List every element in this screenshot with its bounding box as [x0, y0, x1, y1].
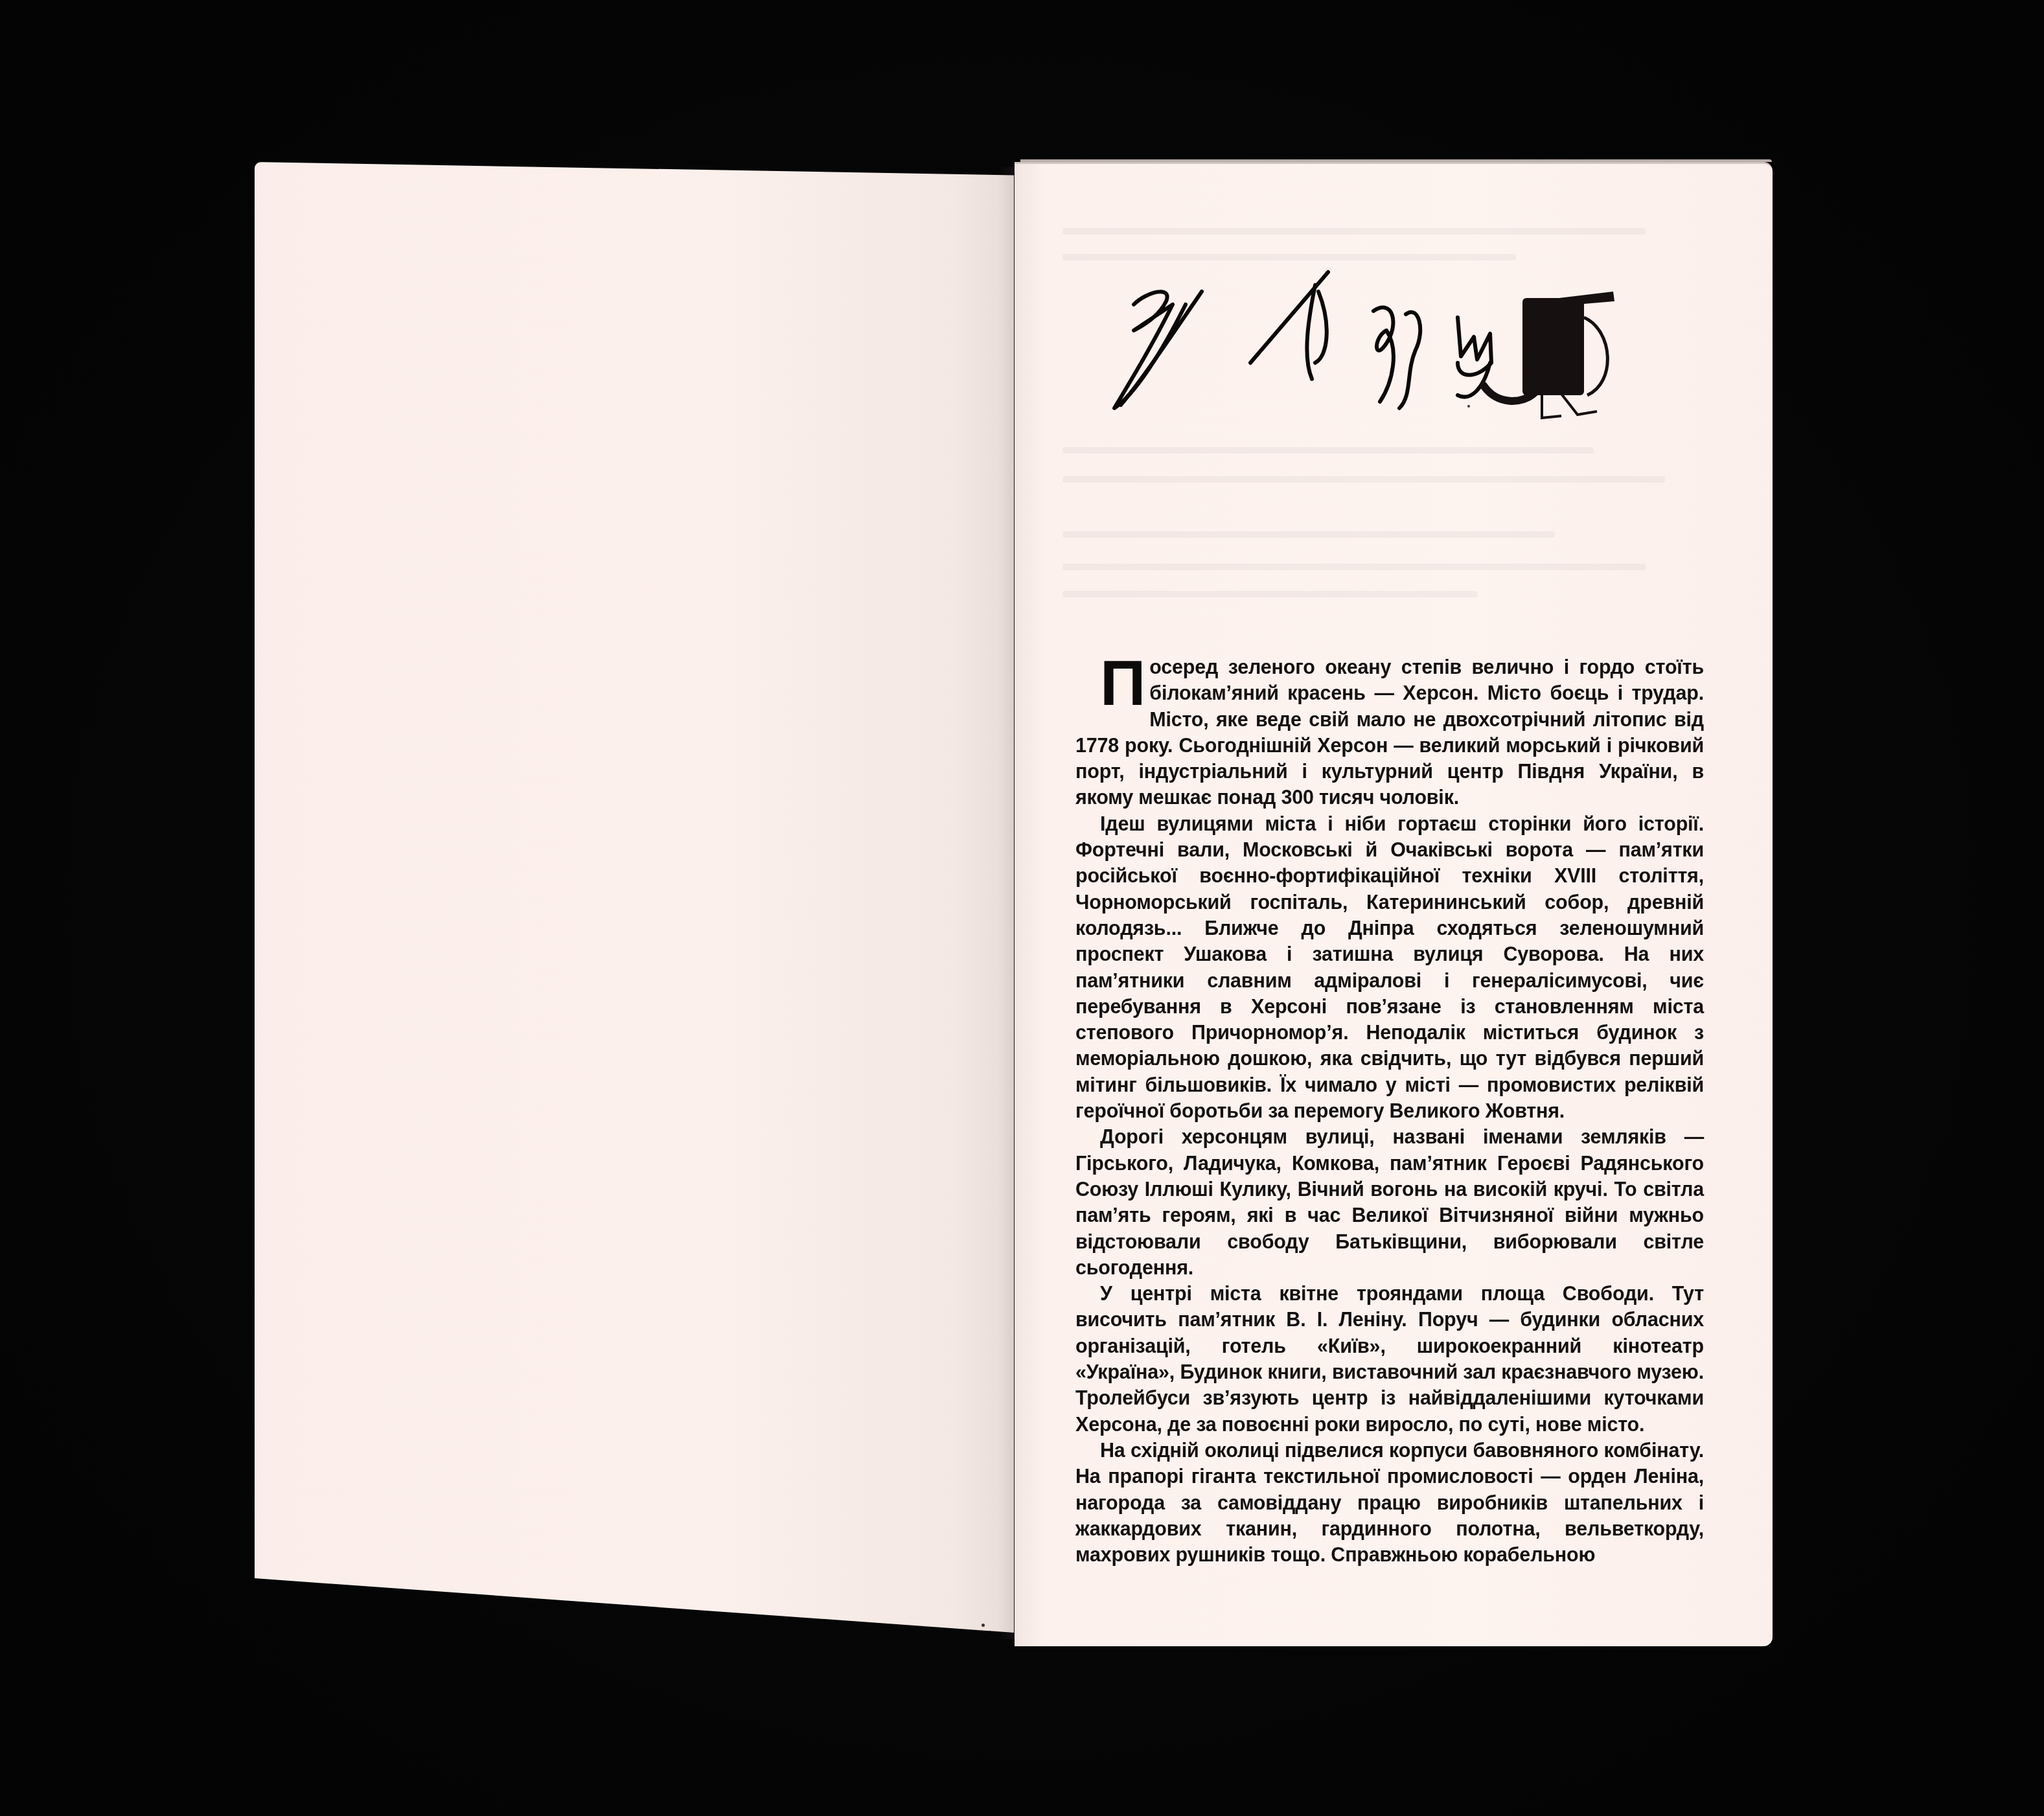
showthrough-line: [1062, 564, 1646, 570]
paper-speck: [1467, 405, 1470, 408]
paragraph-5: На східній околиці підвелися корпуси бав…: [1075, 1438, 1704, 1568]
showthrough-line: [1062, 476, 1665, 483]
showthrough-line: [1062, 228, 1646, 235]
hand-drawn-title-icon: [1095, 266, 1652, 421]
paragraph-3: Дорогі херсонцям вулиці, названі іменами…: [1075, 1124, 1704, 1281]
showthrough-line: [1062, 591, 1477, 597]
showthrough-line: [1062, 447, 1594, 454]
cartoon-figure-icon: [1484, 292, 1614, 418]
left-page-blank: [255, 162, 1014, 1633]
paper-speck: [982, 1624, 985, 1627]
paragraph-2: Ідеш вулицями міста і ніби гортаєш сторі…: [1075, 811, 1704, 1125]
article-body: Посеред зеленого океану степів велично і…: [1075, 654, 1704, 1568]
paragraph-1: Посеред зеленого океану степів велично і…: [1075, 654, 1704, 811]
showthrough-line: [1062, 531, 1555, 538]
drop-cap: П: [1100, 658, 1145, 707]
spine-fold-shadow: [998, 167, 1015, 1639]
paragraph-4: У центрі міста квітне трояндами площа Св…: [1075, 1281, 1704, 1438]
heading-lettering-art: [1095, 266, 1652, 421]
paragraph-text: осеред зеленого океану степів велично і …: [1075, 656, 1704, 809]
showthrough-line: [1062, 254, 1516, 260]
